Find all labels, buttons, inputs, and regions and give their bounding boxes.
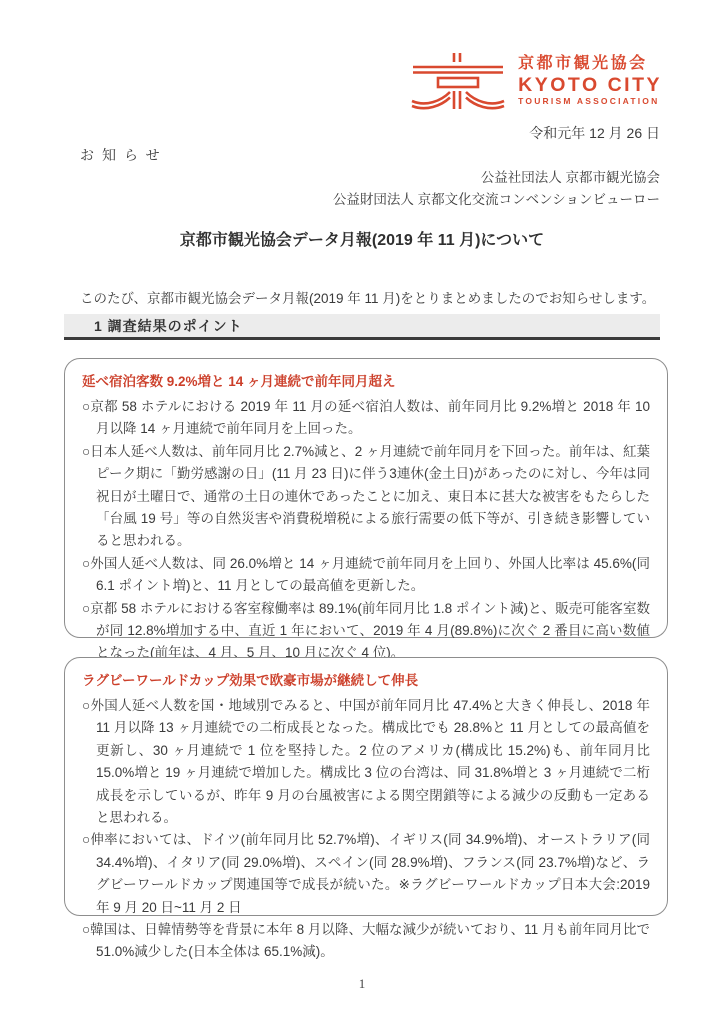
bullet-item: ○日本人延べ人数は、前年同月比 2.7%減と、2 ヶ月連続で前年同月を下回った。…: [82, 441, 650, 553]
summary-box-lodging-heading: 延べ宿泊客数 9.2%増と 14 ヶ月連続で前年同月超え: [82, 370, 650, 390]
bullet-item: ○京都 58 ホテルにおける 2019 年 11 月の延べ宿泊人数は、前年同月比…: [82, 396, 650, 441]
bullet-item: ○外国人延べ人数を国・地域別でみると、中国が前年同月比 47.4%と大きく伸長し…: [82, 695, 650, 829]
document-title: 京都市観光協会データ月報(2019 年 11 月)について: [0, 227, 724, 250]
notice-label: お知らせ: [80, 145, 168, 165]
page-number: 1: [0, 976, 724, 992]
kyoto-city-tourism-association-logo: 京都市観光協会 KYOTO CITY TOURISM ASSOCIATION: [410, 50, 662, 112]
bullet-item: ○伸率においては、ドイツ(前年同月比 52.7%増)、イギリス(同 34.9%増…: [82, 829, 650, 919]
kyoto-kyo-character-icon: [410, 50, 506, 112]
logo-org-name-jp: 京都市観光協会: [518, 56, 662, 73]
bullet-item: ○外国人延べ人数は、同 26.0%増と 14 ヶ月連続で前年同月を上回り、外国人…: [82, 553, 650, 598]
logo-org-name-en-line1: KYOTO CITY: [518, 75, 662, 95]
section-1-heading: 1 調査結果のポイント: [94, 316, 243, 336]
issue-date: 令和元年 12 月 26 日: [529, 123, 660, 143]
bullet-item: ○韓国は、日韓情勢等を背景に本年 8 月以降、大幅な減少が続いており、11 月も…: [82, 919, 650, 964]
issuing-org-line-2: 公益財団法人 京都文化交流コンベンションビューロー: [333, 188, 660, 208]
summary-box-lodging: 延べ宿泊客数 9.2%増と 14 ヶ月連続で前年同月超え ○京都 58 ホテルに…: [64, 358, 668, 638]
summary-box-rugby: ラグビーワールドカップ効果で欧豪市場が継続して伸長 ○外国人延べ人数を国・地域別…: [64, 657, 668, 916]
bullet-item: ○京都 58 ホテルにおける客室稼働率は 89.1%(前年同月比 1.8 ポイン…: [82, 598, 650, 665]
logo-org-name-en-line2: TOURISM ASSOCIATION: [518, 97, 662, 106]
summary-box-rugby-heading: ラグビーワールドカップ効果で欧豪市場が継続して伸長: [82, 669, 650, 689]
section-1-heading-bar: 1 調査結果のポイント: [64, 314, 660, 340]
intro-paragraph: このたび、京都市観光協会データ月報(2019 年 11 月)をとりまとめましたの…: [80, 287, 660, 307]
issuing-org-line-1: 公益社団法人 京都市観光協会: [481, 166, 660, 186]
document-page: 京都市観光協会 KYOTO CITY TOURISM ASSOCIATION 令…: [0, 0, 724, 1024]
logo-text-block: 京都市観光協会 KYOTO CITY TOURISM ASSOCIATION: [518, 56, 662, 106]
